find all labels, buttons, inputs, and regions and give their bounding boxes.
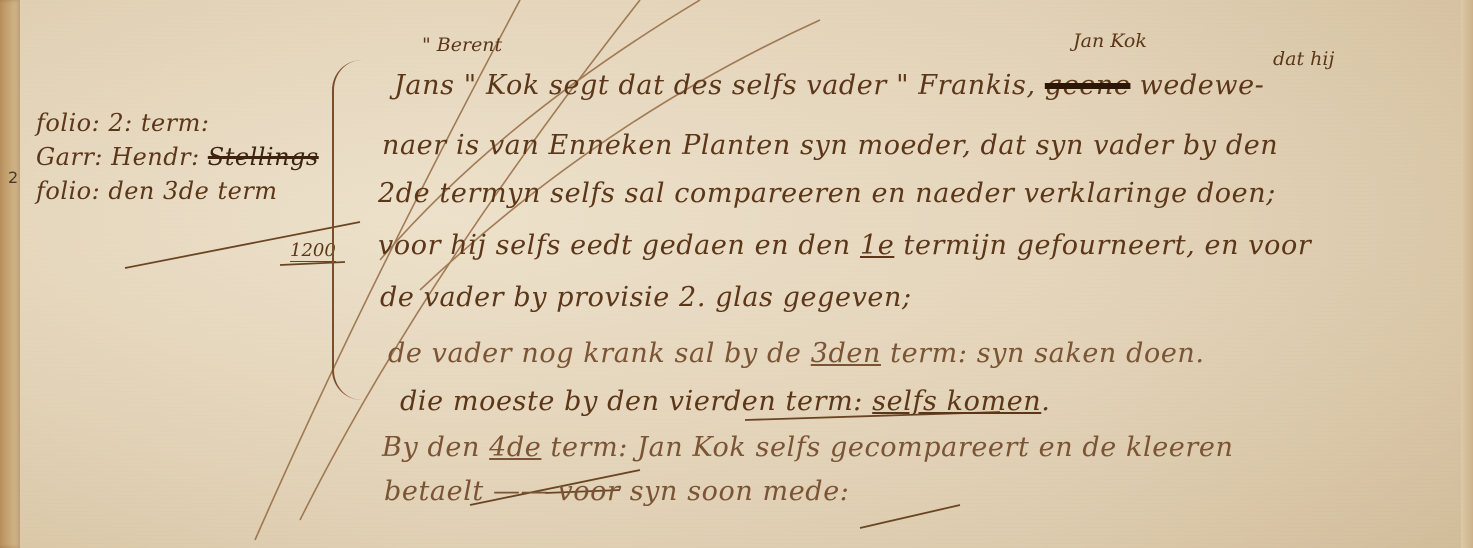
text-line-4: voor hij selfs eedt gedaen en den 1e ter… (378, 230, 1311, 261)
text-segment: Jans " Kok segt dat des selfs vader " Fr… (394, 70, 1045, 101)
margin-note-line-3: folio: den 3de term (36, 174, 356, 208)
text-segment: de vader nog krank sal by de (388, 338, 811, 369)
text-line-8: By den 4de term: Jan Kok selfs gecompare… (382, 432, 1233, 463)
text-line-1: Jans " Kok segt dat des selfs vader " Fr… (394, 70, 1264, 101)
dash-stroke: —— (484, 476, 558, 507)
underlined-word: 1e (860, 230, 894, 261)
brace-bracket (332, 60, 372, 400)
text-line-3: 2de termyn selfs sal compareeren en naed… (378, 178, 1276, 209)
interlinear-dat-hij: dat hij (1273, 48, 1334, 70)
text-segment: voor hij selfs eedt gedaen en den (378, 230, 860, 261)
binding-edge (0, 0, 20, 548)
margin-note: folio: 2: term: Garr: Hendr: Stellings f… (36, 106, 356, 208)
margin-note-line-2: Garr: Hendr: Stellings (36, 140, 356, 174)
margin-note-text: Garr: Hendr: (36, 143, 208, 171)
text-line-6: de vader nog krank sal by de 3den term: … (388, 338, 1205, 369)
manuscript-page: 2 folio: 2: term: Garr: Hendr: Stellings… (0, 0, 1473, 548)
text-line-5: de vader by provisie 2. glas gegeven; (380, 282, 912, 313)
text-segment: . (1041, 386, 1050, 417)
margin-note-line-1: folio: 2: term: (36, 106, 356, 140)
text-segment: term: Jan Kok selfs gecompareert en de k… (541, 432, 1233, 463)
text-segment: By den (382, 432, 489, 463)
margin-sum: 1200 (290, 240, 336, 262)
text-segment: die moeste by den vierden term: (400, 386, 872, 417)
struck-word: Stellings (208, 143, 319, 171)
struck-word: geene (1045, 70, 1131, 101)
interlinear-jan-kok: Jan Kok (1073, 30, 1147, 52)
page-edge (1461, 0, 1473, 548)
text-line-2: naer is van Enneken Planten syn moeder, … (382, 130, 1278, 161)
margin-number: 2 (8, 168, 18, 187)
underlined-word: 3den (811, 338, 881, 369)
text-segment: termijn gefourneert, en voor (894, 230, 1311, 261)
underlined-word: selfs komen (872, 386, 1041, 417)
text-segment: voor syn soon mede: (557, 476, 849, 507)
text-line-9: betaelt —— voor syn soon mede: (384, 476, 849, 507)
interlinear-berent: " Berent (422, 34, 502, 56)
underlined-word: 4de (489, 432, 541, 463)
text-segment: betaelt (384, 476, 484, 507)
text-segment: wedewe- (1130, 70, 1264, 101)
text-line-7: die moeste by den vierden term: selfs ko… (400, 386, 1050, 417)
main-text: " Berent Jan Kok dat hij Jans " Kok segt… (378, 0, 1458, 548)
text-segment: term: syn saken doen. (881, 338, 1205, 369)
